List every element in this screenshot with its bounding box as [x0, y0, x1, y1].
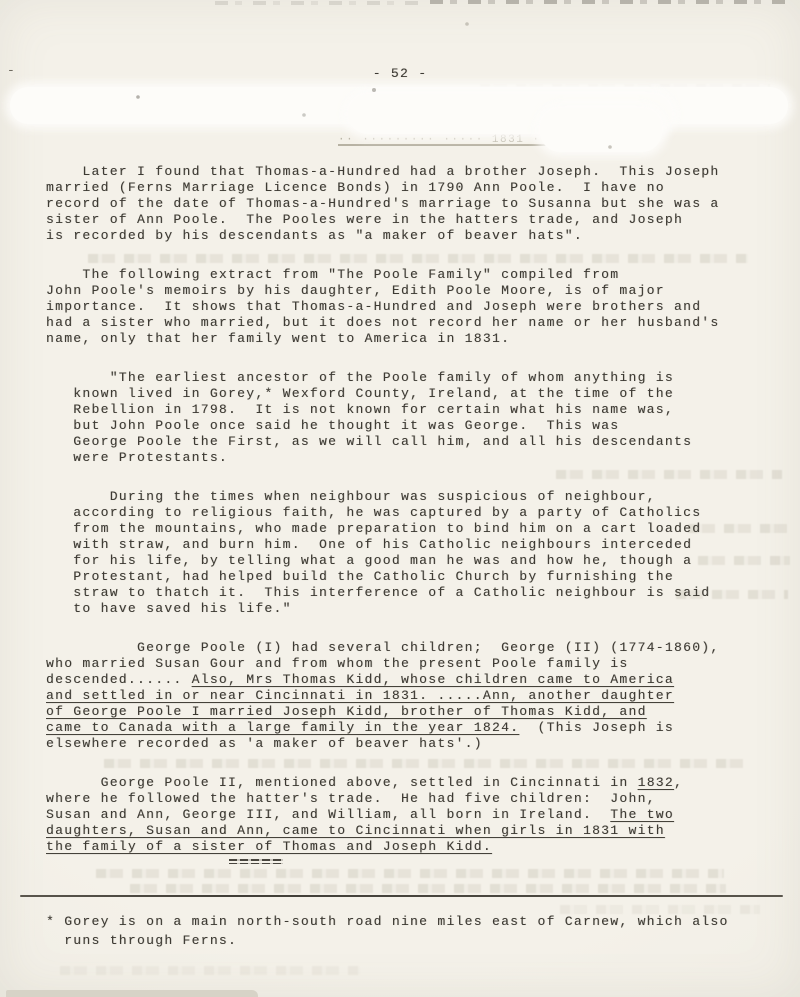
underlined-text: Also, Mrs Thomas Kidd, whose children ca… [192, 672, 674, 687]
text-segment: Later I found that Thomas-a-Hundred had … [46, 164, 720, 179]
text-segment: according to religious faith, he was cap… [46, 505, 701, 520]
text-segment: Protestant, had helped build the Catholi… [46, 569, 674, 584]
text-line: George Poole the First, as we will call … [46, 434, 794, 450]
text-segment: John Poole's memoirs by his daughter, Ed… [46, 283, 665, 298]
text-segment: , [674, 775, 683, 790]
text-segment: George Poole (I) had several children; G… [46, 640, 720, 655]
text-segment: known lived in Gorey,* Wexford County, I… [46, 386, 674, 401]
text-segment: descended...... [46, 672, 192, 687]
underlined-text: of George Poole I married Joseph Kidd, b… [46, 704, 647, 719]
text-line: who married Susan Gour and from whom the… [46, 656, 794, 672]
paragraph: "The earliest ancestor of the Poole fami… [46, 370, 794, 466]
text-segment: The following extract from "The Poole Fa… [46, 267, 619, 282]
text-segment: were Protestants. [46, 450, 228, 465]
text-segment: with straw, and burn him. One of his Cat… [46, 537, 692, 552]
text-line: descended...... Also, Mrs Thomas Kidd, w… [46, 672, 794, 688]
paragraph: During the times when neighbour was susp… [46, 489, 794, 617]
page-number: - 52 - [0, 66, 800, 81]
double-underline-mark [229, 859, 283, 867]
text-line: Rebellion in 1798. It is not known for c… [46, 402, 794, 418]
text-line: runs through Ferns. [46, 931, 729, 950]
text-segment: sister of Ann Poole. The Pooles were in … [46, 212, 683, 227]
text-line: were Protestants. [46, 450, 794, 466]
text-line: The following extract from "The Poole Fa… [46, 267, 794, 283]
text-line: Protestant, had helped build the Catholi… [46, 569, 794, 585]
text-segment: (This Joseph is [519, 720, 674, 735]
whiteout-correction [540, 108, 662, 152]
text-line: John Poole's memoirs by his daughter, Ed… [46, 283, 794, 299]
document-body: Later I found that Thomas-a-Hundred had … [46, 164, 794, 878]
scan-edge-artifact [6, 990, 258, 997]
underlined-text: and settled in or near Cincinnati in 183… [46, 688, 674, 703]
text-segment: from the mountains, who made preparation… [46, 521, 701, 536]
underlined-text: came to Canada with a large family in th… [46, 720, 519, 735]
text-segment: but John Poole once said he thought it w… [46, 418, 619, 433]
text-segment: is recorded by his descendants as "a mak… [46, 228, 583, 243]
text-segment: to have saved his life." [46, 601, 292, 616]
text-line: * Gorey is on a main north-south road ni… [46, 912, 729, 931]
bleed-through-line [130, 884, 726, 893]
text-segment: Susan and Ann, George III, and William, … [46, 807, 610, 822]
paragraph: George Poole II, mentioned above, settle… [46, 775, 794, 855]
text-line: with straw, and burn him. One of his Cat… [46, 537, 794, 553]
text-line: known lived in Gorey,* Wexford County, I… [46, 386, 794, 402]
text-line: married (Ferns Marriage Licence Bonds) i… [46, 180, 794, 196]
text-line: according to religious faith, he was cap… [46, 505, 794, 521]
text-line: the family of a sister of Thomas and Jos… [46, 839, 794, 855]
text-segment: "The earliest ancestor of the Poole fami… [46, 370, 674, 385]
text-segment: George Poole II, mentioned above, settle… [46, 775, 638, 790]
text-segment: where he followed the hatter's trade. He… [46, 791, 656, 806]
underlined-text: the family of a sister of Thomas and Jos… [46, 839, 492, 854]
ink-specks [0, 0, 2, 2]
text-segment: George Poole the First, as we will call … [46, 434, 692, 449]
underlined-text: daughters, Susan and Ann, came to Cincin… [46, 823, 665, 838]
text-line: is recorded by his descendants as "a mak… [46, 228, 794, 244]
text-segment: runs through Ferns. [46, 933, 237, 948]
text-segment: married (Ferns Marriage Licence Bonds) i… [46, 180, 665, 195]
text-line: where he followed the hatter's trade. He… [46, 791, 794, 807]
text-segment: had a sister who married, but it does no… [46, 315, 720, 330]
text-line: to have saved his life." [46, 601, 794, 617]
text-segment: * Gorey is on a main north-south road ni… [46, 914, 729, 929]
text-line: Susan and Ann, George III, and William, … [46, 807, 794, 823]
paragraph: George Poole (I) had several children; G… [46, 640, 794, 752]
text-line: elsewhere recorded as 'a maker of beaver… [46, 736, 794, 752]
paragraph: The following extract from "The Poole Fa… [46, 267, 794, 347]
text-segment: for his life, by telling what a good man… [46, 553, 692, 568]
text-line: of George Poole I married Joseph Kidd, b… [46, 704, 794, 720]
text-line: straw to thatch it. This interference of… [46, 585, 794, 601]
text-line: George Poole II, mentioned above, settle… [46, 775, 794, 791]
text-line: George Poole (I) had several children; G… [46, 640, 794, 656]
text-line: name, only that her family went to Ameri… [46, 331, 794, 347]
text-segment: who married Susan Gour and from whom the… [46, 656, 628, 671]
paragraph: Later I found that Thomas-a-Hundred had … [46, 164, 794, 244]
top-edge-text-fragment [215, 1, 425, 5]
text-segment: straw to thatch it. This interference of… [46, 585, 710, 600]
text-line: and settled in or near Cincinnati in 183… [46, 688, 794, 704]
text-segment: elsewhere recorded as 'a maker of beaver… [46, 736, 483, 751]
document-page: ·· ········· ····· 1831 ·· ··· - - 52 - … [0, 0, 800, 997]
text-line: During the times when neighbour was susp… [46, 489, 794, 505]
text-line: sister of Ann Poole. The Pooles were in … [46, 212, 794, 228]
text-line: importance. It shows that Thomas-a-Hundr… [46, 299, 794, 315]
text-line: but John Poole once said he thought it w… [46, 418, 794, 434]
text-segment: importance. It shows that Thomas-a-Hundr… [46, 299, 701, 314]
text-segment: During the times when neighbour was susp… [46, 489, 656, 504]
text-line: from the mountains, who made preparation… [46, 521, 794, 537]
bleed-through-line [60, 966, 360, 975]
text-segment: name, only that her family went to Ameri… [46, 331, 510, 346]
text-segment: Rebellion in 1798. It is not known for c… [46, 402, 674, 417]
underlined-text: 1832 [638, 775, 674, 790]
text-line: Later I found that Thomas-a-Hundred had … [46, 164, 794, 180]
text-segment: record of the date of Thomas-a-Hundred's… [46, 196, 720, 211]
footnote-text: * Gorey is on a main north-south road ni… [46, 912, 729, 950]
text-line: daughters, Susan and Ann, came to Cincin… [46, 823, 794, 839]
underlined-text: The two [610, 807, 674, 822]
text-line: had a sister who married, but it does no… [46, 315, 794, 331]
footnote-divider-rule [20, 895, 783, 897]
top-edge-text-fragment [430, 0, 788, 4]
text-line: record of the date of Thomas-a-Hundred's… [46, 196, 794, 212]
text-line: came to Canada with a large family in th… [46, 720, 794, 736]
text-line: for his life, by telling what a good man… [46, 553, 794, 569]
text-line: "The earliest ancestor of the Poole fami… [46, 370, 794, 386]
